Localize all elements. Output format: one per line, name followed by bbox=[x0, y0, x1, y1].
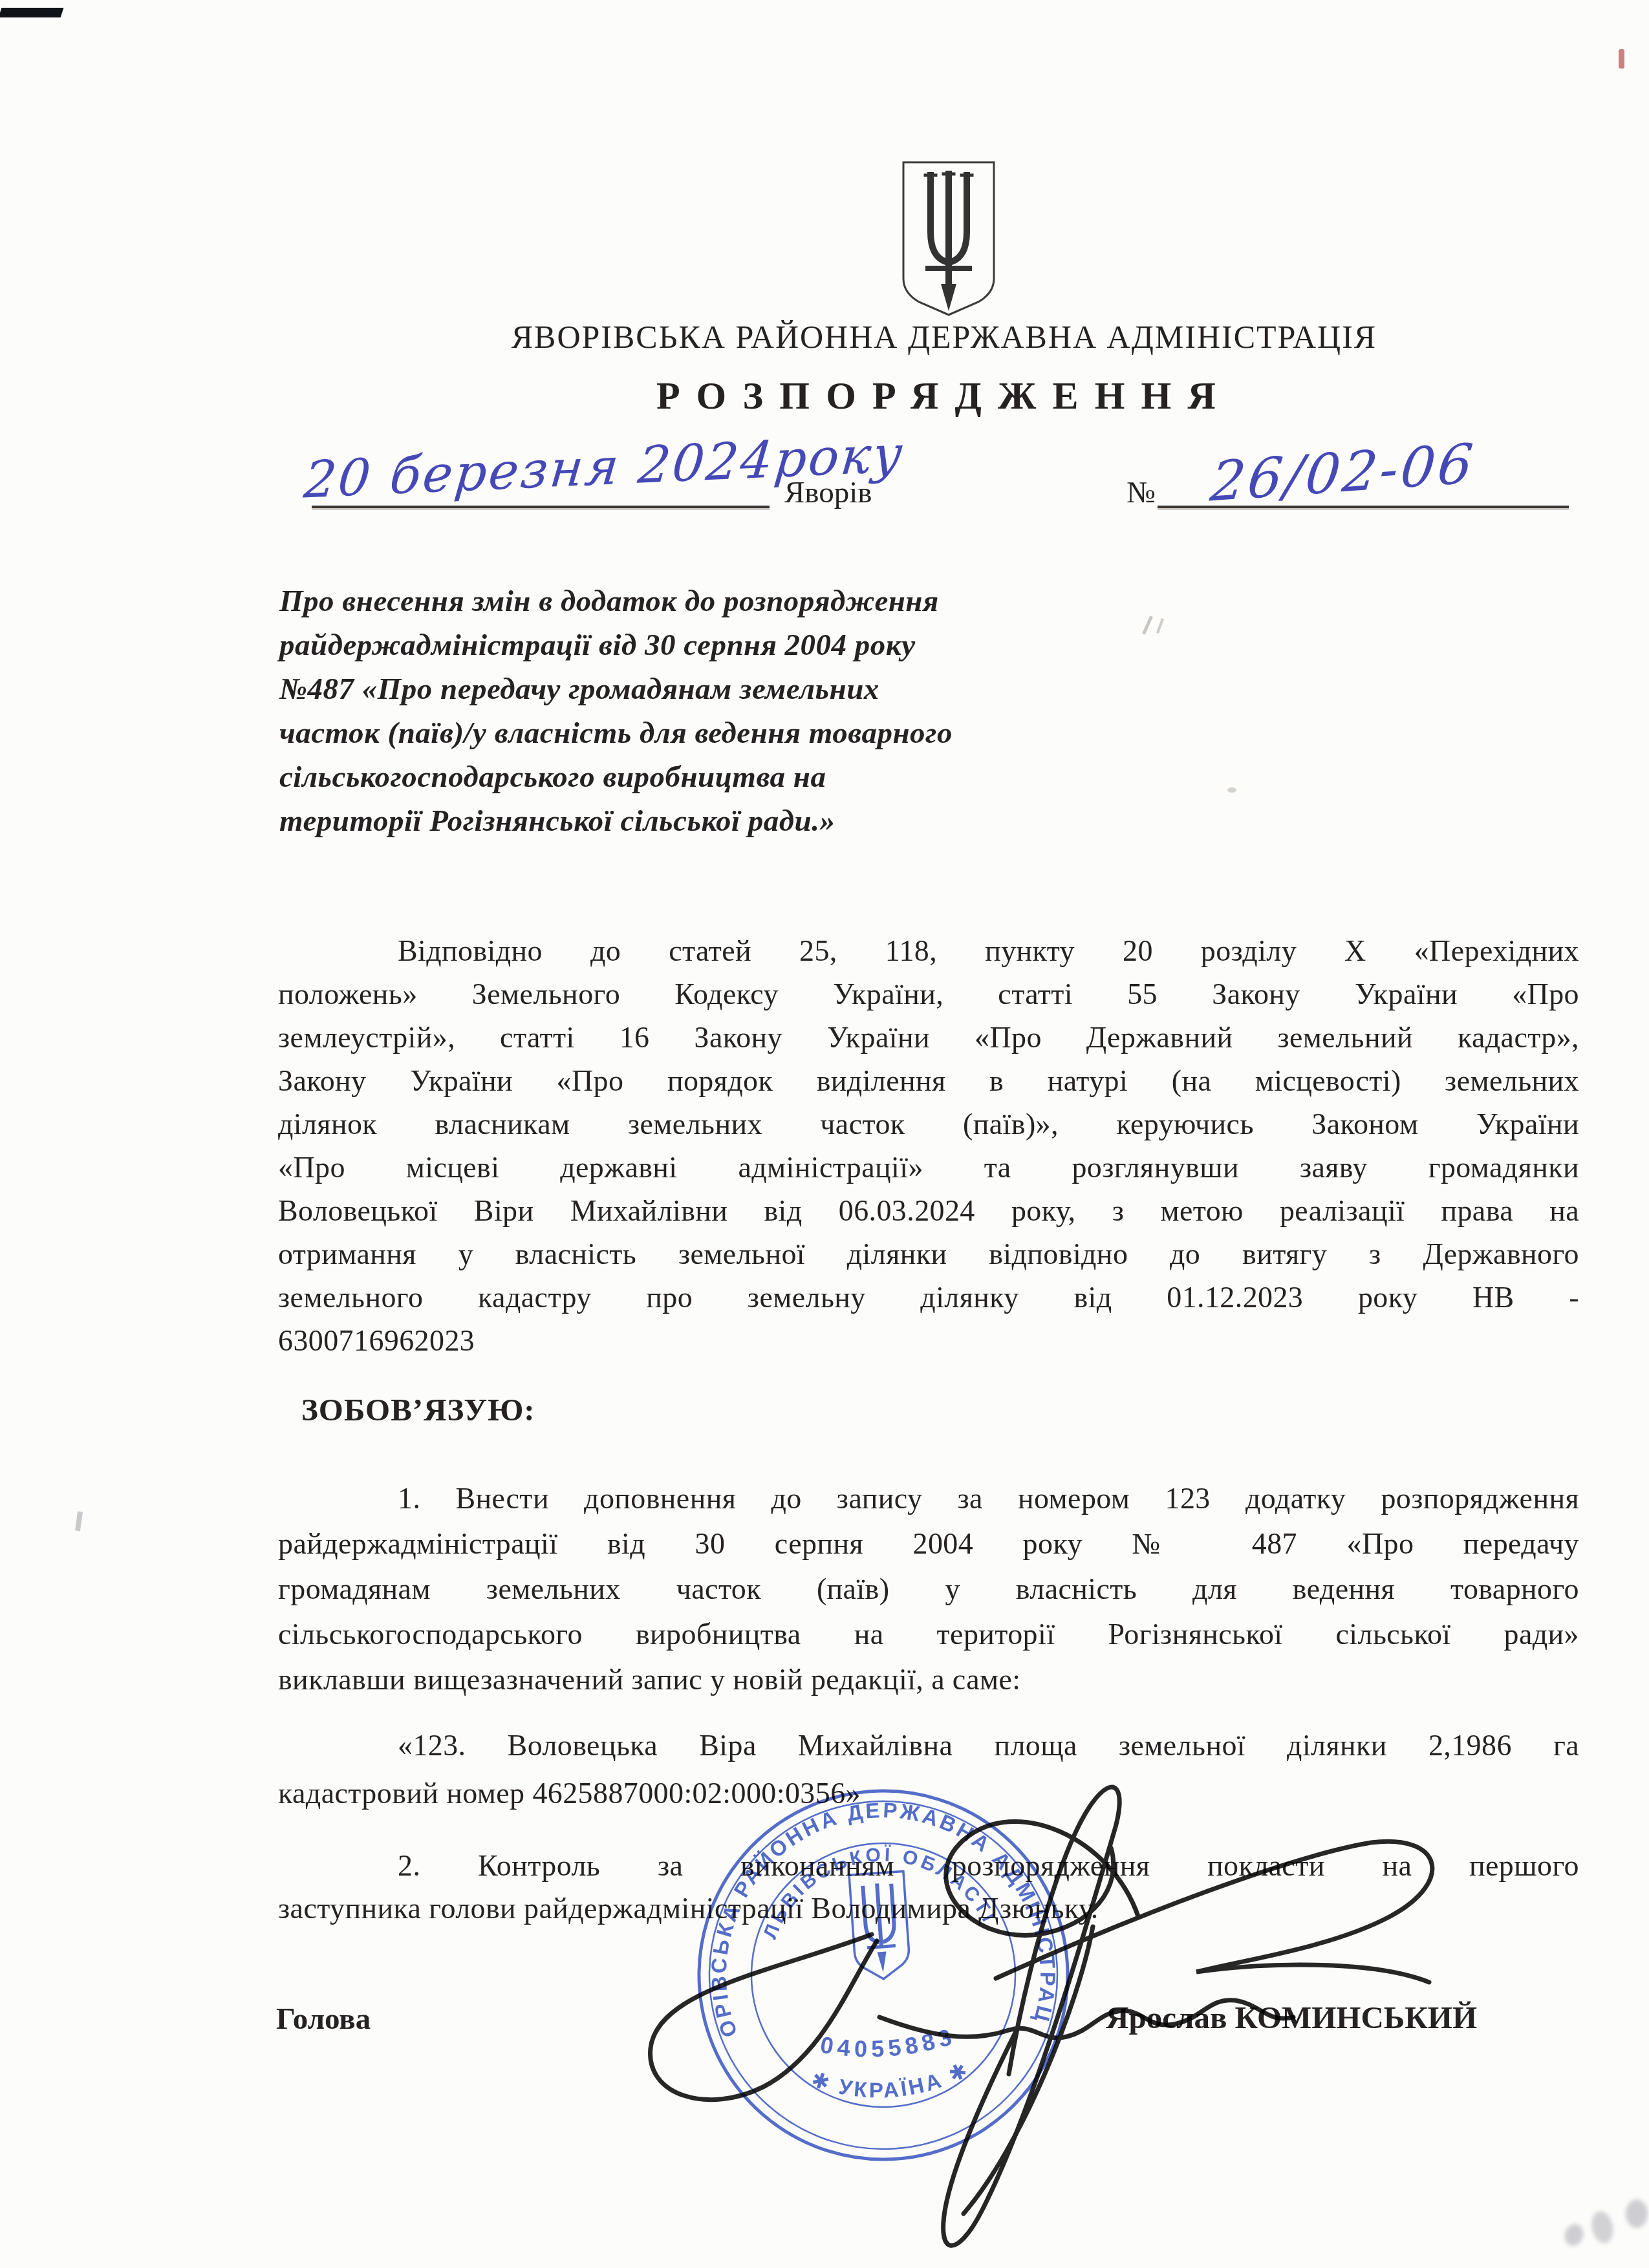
text-line: 1. Внести доповнення до запису за номеро… bbox=[278, 1476, 1579, 1521]
text-line: землеустрій», статті 16 Закону України «… bbox=[278, 1016, 1579, 1059]
text-line: положень» Земельного Кодексу України, ст… bbox=[278, 972, 1579, 1016]
text-line: отримання у власність земельної ділянки … bbox=[278, 1232, 1579, 1276]
text-line: ділянок власникам земельних часток (паїв… bbox=[278, 1102, 1579, 1146]
text-line: Закону України «Про порядок виділення в … bbox=[278, 1059, 1579, 1102]
date-underline bbox=[312, 506, 770, 508]
handwritten-number: 26/02-06 bbox=[1207, 431, 1478, 514]
resolution-word: ЗОБОВ’ЯЗУЮ: bbox=[301, 1391, 535, 1428]
text-line: №487 «Про передачу громадянам земельних bbox=[279, 667, 1120, 711]
scan-corner-artifact bbox=[0, 8, 63, 17]
text-line: громадянам земельних часток (паїв) у вла… bbox=[278, 1567, 1579, 1612]
text-line: Про внесення змін в додаток до розпорядж… bbox=[279, 579, 1120, 623]
text-line: «Про місцеві державні адміністрації» та … bbox=[278, 1146, 1579, 1189]
text-line: території Рогізнянської сільської ради.» bbox=[279, 799, 1120, 843]
order-item-1: 1. Внести доповнення до запису за номеро… bbox=[278, 1476, 1579, 1702]
scan-smudge bbox=[1589, 2209, 1616, 2245]
scan-pencil-mark bbox=[1227, 787, 1236, 793]
organization-name: ЯВОРІВСЬКА РАЙОННА ДЕРЖАВНА АДМІНІСТРАЦІ… bbox=[259, 318, 1630, 356]
text-line: сільськогосподарського виробництва на те… bbox=[278, 1612, 1579, 1657]
scan-pencil-mark bbox=[1156, 618, 1164, 634]
tryzub-emblem-icon bbox=[897, 157, 1000, 319]
scan-pencil-mark bbox=[75, 1512, 83, 1532]
text-line: райдержадміністрації від 30 серпня 2004 … bbox=[278, 1521, 1579, 1567]
ink-signature bbox=[614, 1759, 1487, 2268]
place-label: Яворів bbox=[784, 475, 872, 510]
text-line: 6300716962023 bbox=[278, 1319, 1579, 1362]
subject-heading: Про внесення змін в додаток до розпорядж… bbox=[279, 579, 1120, 843]
text-line: часток (паїв)/у власність для ведення то… bbox=[279, 711, 1120, 755]
text-line: сільськогосподарського виробництва на bbox=[279, 755, 1120, 799]
text-line: земельного кадастру про земельну ділянку… bbox=[278, 1276, 1579, 1319]
text-line: Воловецької Віри Михайлівни від 06.03.20… bbox=[278, 1189, 1579, 1232]
text-line: Відповідно до статей 25, 118, пункту 20 … bbox=[278, 929, 1579, 972]
preamble-paragraph: Відповідно до статей 25, 118, пункту 20 … bbox=[278, 929, 1579, 1362]
text-line: райдержадміністрації від 30 серпня 2004 … bbox=[279, 623, 1120, 667]
number-sign: № bbox=[1126, 475, 1156, 510]
text-line: виклавши вищезазначений запис у новій ре… bbox=[278, 1657, 1579, 1702]
scan-pencil-mark bbox=[1142, 615, 1153, 634]
scanned-document-page: ЯВОРІВСЬКА РАЙОННА ДЕРЖАВНА АДМІНІСТРАЦІ… bbox=[0, 0, 1649, 2268]
scan-smudge bbox=[1626, 2199, 1648, 2228]
scan-red-artifact bbox=[1619, 49, 1624, 69]
signatory-position: Голова bbox=[276, 2002, 371, 2037]
document-type-title: РОЗПОРЯДЖЕННЯ bbox=[259, 374, 1630, 418]
scan-smudge bbox=[1562, 2221, 1586, 2249]
